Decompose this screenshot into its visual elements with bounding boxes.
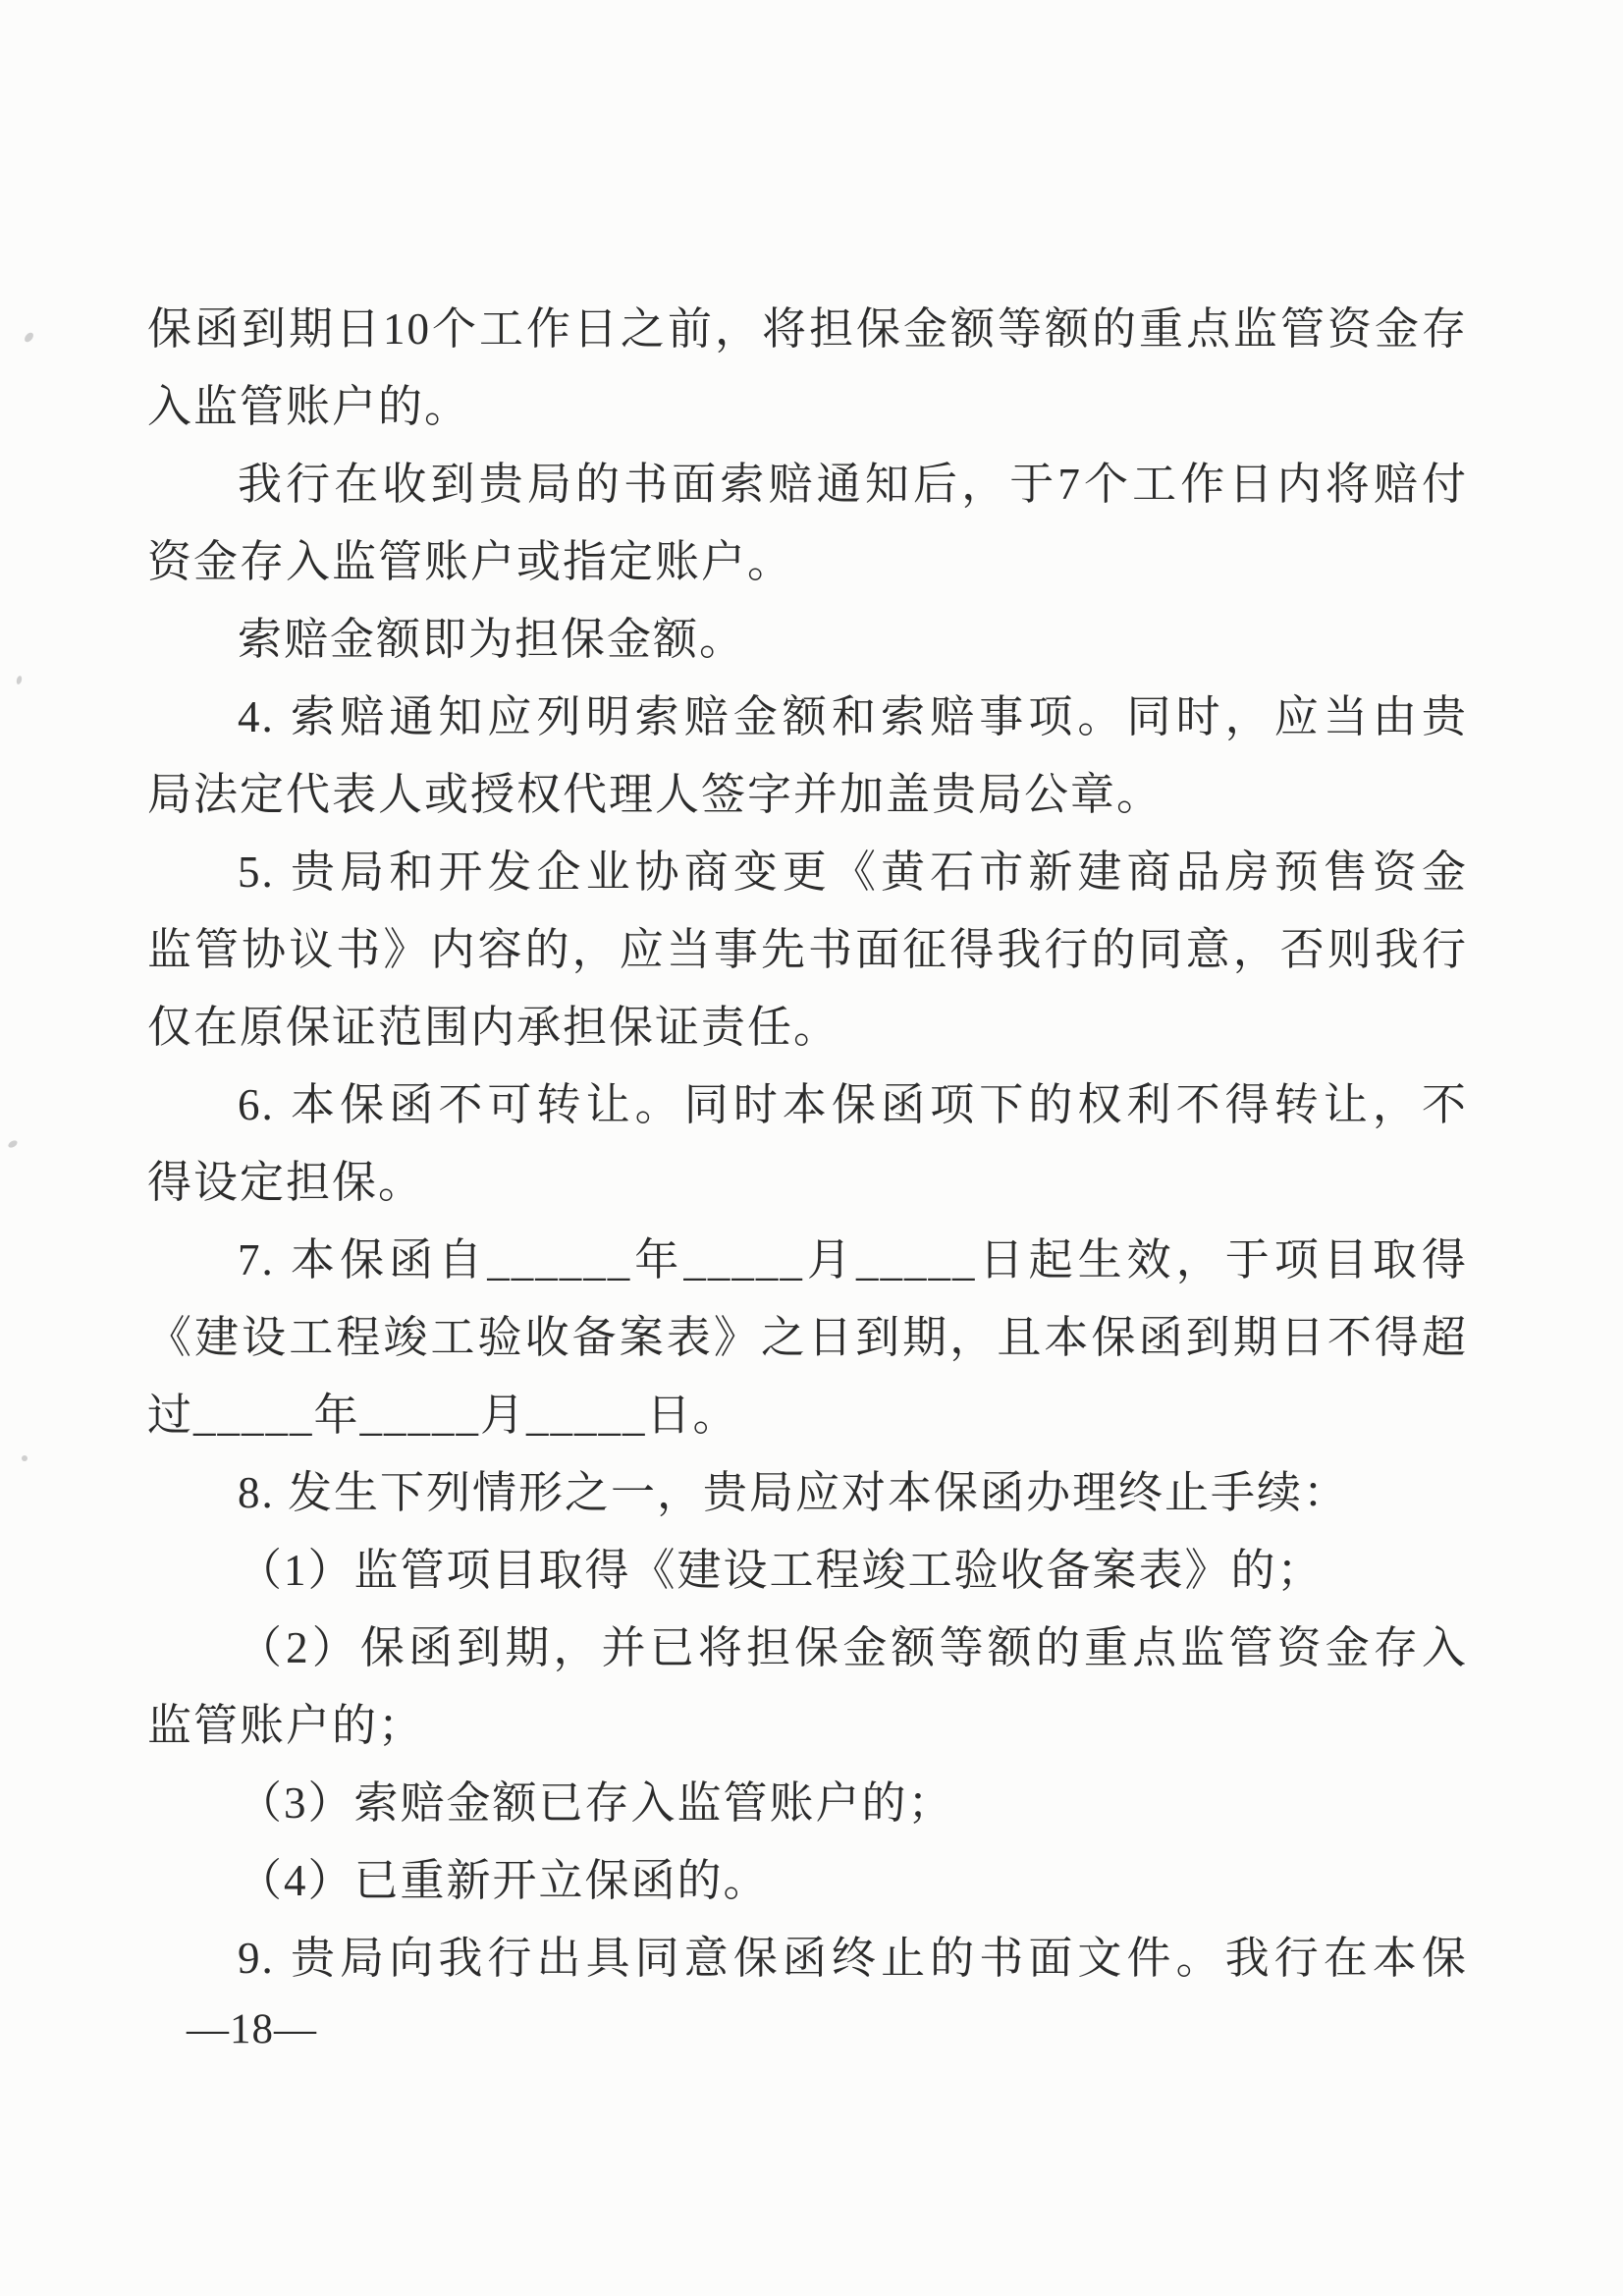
text-line: 入监管账户的。 — [147, 368, 1468, 446]
text-line-subitem-4: （4）已重新开立保函的。 — [147, 1842, 1468, 1920]
text-line-item-8: 8. 发生下列情形之一，贵局应对本保函办理终止手续： — [147, 1454, 1468, 1532]
text-line: 我行在收到贵局的书面索赔通知后，于7个工作日内将赔付 — [147, 446, 1468, 523]
text-line-item-9: 9. 贵局向我行出具同意保函终止的书面文件。我行在本保 — [147, 1920, 1468, 1997]
scan-speck — [22, 1455, 27, 1461]
document-body: 保函到期日10个工作日之前，将担保金额等额的重点监管资金存 入监管账户的。 我行… — [147, 291, 1468, 1997]
text-line-subitem-3: （3）索赔金额已存入监管账户的； — [147, 1765, 1468, 1842]
text-line: 仅在原保证范围内承担保证责任。 — [147, 989, 1468, 1066]
text-line: 监管账户的； — [147, 1687, 1468, 1765]
text-line: 局法定代表人或授权代理人签字并加盖贵局公章。 — [147, 756, 1468, 834]
page-number: —18— — [187, 2005, 317, 2053]
scan-speck — [23, 331, 34, 344]
text-line: 监管协议书》内容的，应当事先书面征得我行的同意，否则我行 — [147, 911, 1468, 989]
text-line-subitem-2: （2）保函到期，并已将担保金额等额的重点监管资金存入 — [147, 1610, 1468, 1687]
text-line: 得设定担保。 — [147, 1144, 1468, 1222]
scan-speck — [16, 676, 23, 685]
text-line-item-4: 4. 索赔通知应列明索赔金额和索赔事项。同时，应当由贵 — [147, 679, 1468, 756]
text-line: 过_____年_____月_____日。 — [147, 1377, 1468, 1454]
scan-speck — [7, 1139, 19, 1149]
text-line-subitem-1: （1）监管项目取得《建设工程竣工验收备案表》的； — [147, 1532, 1468, 1610]
text-line: 索赔金额即为担保金额。 — [147, 601, 1468, 679]
text-line-item-7: 7. 本保函自______年_____月_____日起生效，于项目取得 — [147, 1222, 1468, 1299]
text-line: 资金存入监管账户或指定账户。 — [147, 523, 1468, 601]
document-page: 保函到期日10个工作日之前，将担保金额等额的重点监管资金存 入监管账户的。 我行… — [0, 0, 1623, 2296]
text-line: 《建设工程竣工验收备案表》之日到期，且本保函到期日不得超 — [147, 1299, 1468, 1377]
text-line: 保函到期日10个工作日之前，将担保金额等额的重点监管资金存 — [147, 291, 1468, 368]
text-line-item-5: 5. 贵局和开发企业协商变更《黄石市新建商品房预售资金 — [147, 834, 1468, 911]
text-line-item-6: 6. 本保函不可转让。同时本保函项下的权利不得转让，不 — [147, 1066, 1468, 1144]
